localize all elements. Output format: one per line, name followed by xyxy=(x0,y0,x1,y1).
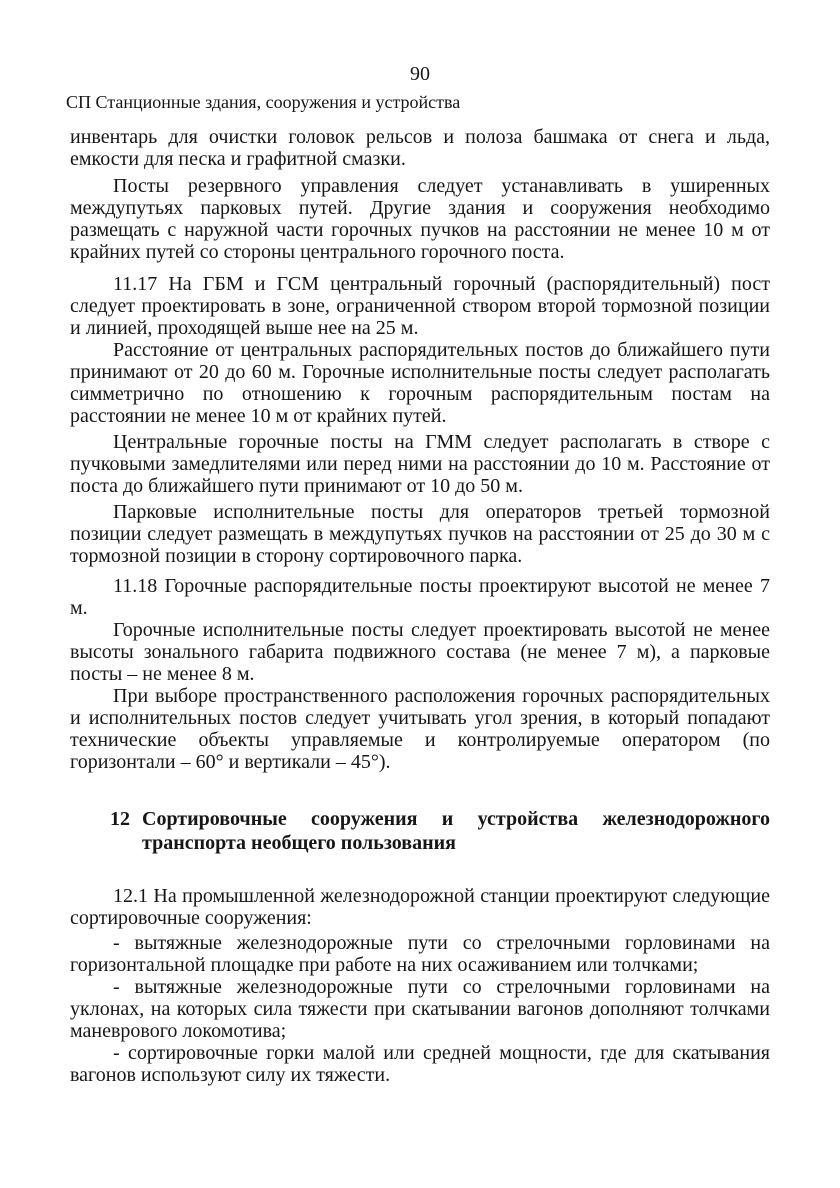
list-item: - вытяжные железнодорожные пути со стрел… xyxy=(70,976,770,1042)
paragraph-clause-12-1: 12.1 На промышленной железнодорожной ста… xyxy=(70,885,770,929)
page-number: 90 xyxy=(0,0,840,86)
list-item: - вытяжные железнодорожные пути со стрел… xyxy=(70,932,770,976)
running-header: СП Станционные здания, сооружения и устр… xyxy=(66,92,770,113)
document-page: 90 СП Станционные здания, сооружения и у… xyxy=(0,0,840,1188)
paragraph: Горочные исполнительные посты следует пр… xyxy=(70,619,770,685)
paragraph-clause-11-18: 11.18 Горочные распорядительные посты пр… xyxy=(70,575,770,619)
document-body: инвентарь для очистки головок рельсов и … xyxy=(70,126,770,1086)
paragraph: При выборе пространственного расположени… xyxy=(70,685,770,773)
paragraph: Посты резервного управления следует уста… xyxy=(70,175,770,263)
section-heading-12: 12 Сортировочные сооружения и устройства… xyxy=(110,807,770,855)
section-title: Сортировочные сооружения и устройства же… xyxy=(142,807,770,855)
section-number: 12 xyxy=(110,807,130,855)
paragraph: Парковые исполнительные посты для операт… xyxy=(70,501,770,567)
paragraph: Центральные горочные посты на ГММ следуе… xyxy=(70,431,770,497)
paragraph: Расстояние от центральных распорядительн… xyxy=(70,339,770,427)
list-item: - сортировочные горки малой или средней … xyxy=(70,1042,770,1086)
paragraph-continuation: инвентарь для очистки головок рельсов и … xyxy=(70,126,770,170)
paragraph-clause-11-17: 11.17 На ГБМ и ГСМ центральный горочный … xyxy=(70,273,770,339)
